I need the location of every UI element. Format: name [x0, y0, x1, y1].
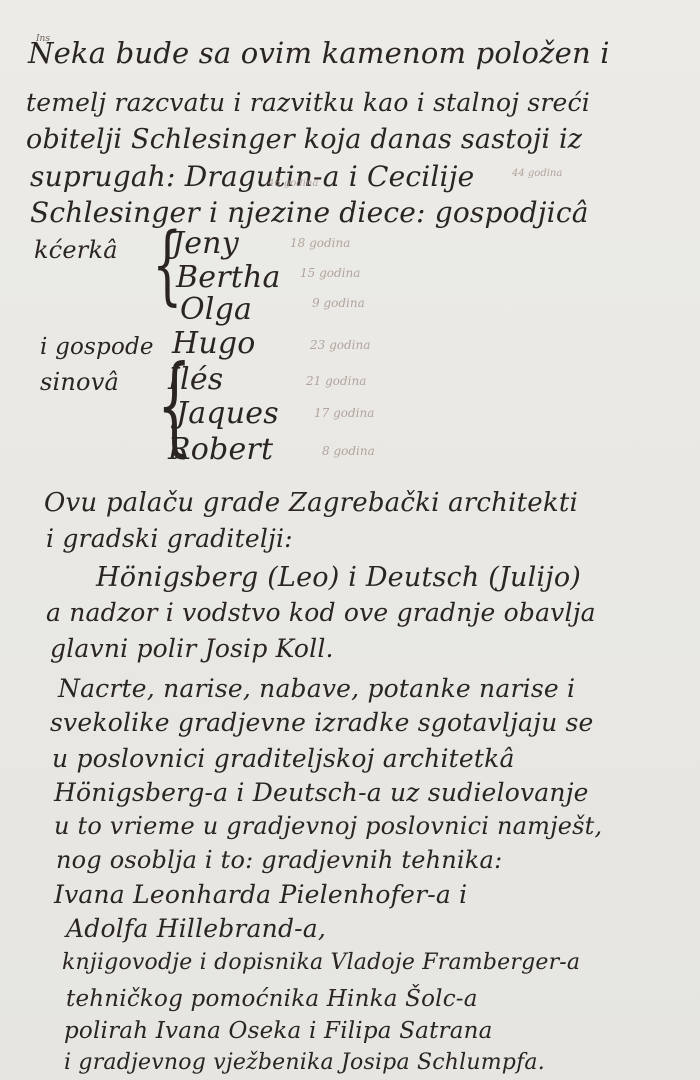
- text-line: Hönigsberg-a i Deutsch-a uz sudielovanje: [54, 778, 589, 807]
- son-name: Hugo: [172, 326, 256, 361]
- daughter-age: 15 godina: [300, 266, 360, 280]
- sons-label: i gospode: [40, 334, 154, 360]
- son-name: Ilés: [168, 362, 223, 397]
- text-line: Neka bude sa ovim kamenom položen i: [28, 36, 610, 70]
- daughter-name: Olga: [180, 292, 252, 327]
- text-line: obitelji Schlesinger koja danas sastoji …: [26, 124, 582, 155]
- son-name: Jaques: [176, 396, 279, 431]
- text-line: glavni polir Josip Koll.: [50, 634, 334, 663]
- daughter-age: 18 godina: [290, 236, 350, 250]
- text-line: Schlesinger i njezine diece: gospodjicâ: [30, 196, 589, 229]
- son-age: 23 godina: [310, 338, 370, 352]
- sons-label: sinovâ: [40, 368, 119, 396]
- daughters-label: kćerkâ: [34, 236, 118, 264]
- daughter-name: Jeny: [172, 226, 239, 261]
- text-line: Adolfa Hillebrand-a,: [66, 914, 326, 943]
- text-line: svekolike gradjevne izradke sgotavljaju …: [50, 708, 594, 737]
- text-line: Ivana Leonharda Pielenhofer-a i: [54, 880, 467, 909]
- text-line: nog osoblja i to: gradjevnih tehnika:: [56, 846, 502, 874]
- handwritten-document: Ins Neka bude sa ovim kamenom položen i …: [0, 0, 700, 1080]
- text-line: u to vrieme u gradjevnoj poslovnici namj…: [54, 812, 602, 840]
- text-line: polirah Ivana Oseka i Filipa Satrana: [64, 1018, 493, 1044]
- text-line: i gradski graditelji:: [46, 524, 293, 553]
- text-line: suprugah: Dragutin-a i Cecilije: [30, 160, 474, 193]
- text-line: tehničkog pomoćnika Hinka Šolc-a: [66, 986, 478, 1012]
- son-age: 21 godina: [306, 374, 366, 388]
- text-line: i gradjevnog vježbenika Josipa Schlumpfa…: [64, 1050, 545, 1075]
- pencil-annotation: 46 godina: [268, 178, 318, 189]
- text-line: temelj razcvatu i razvitku kao i stalnoj…: [26, 88, 590, 117]
- text-line: Nacrte, narise, nabave, potanke narise i: [58, 674, 575, 703]
- text-line: Ovu palaču grade Zagrebački architekti: [44, 488, 578, 518]
- son-age: 17 godina: [314, 406, 374, 420]
- daughter-name: Bertha: [176, 260, 281, 295]
- son-name: Robert: [168, 432, 273, 467]
- daughter-age: 9 godina: [312, 296, 365, 310]
- son-age: 8 godina: [322, 444, 375, 458]
- text-line: a nadzor i vodstvo kod ove gradnje obavl…: [46, 598, 596, 627]
- text-line: Hönigsberg (Leo) i Deutsch (Julijo): [96, 562, 581, 593]
- text-line: u poslovnici graditeljskoj architetkâ: [52, 744, 515, 773]
- pencil-annotation: 44 godina: [512, 168, 562, 179]
- text-line: knjigovodje i dopisnika Vladoje Framberg…: [62, 950, 580, 975]
